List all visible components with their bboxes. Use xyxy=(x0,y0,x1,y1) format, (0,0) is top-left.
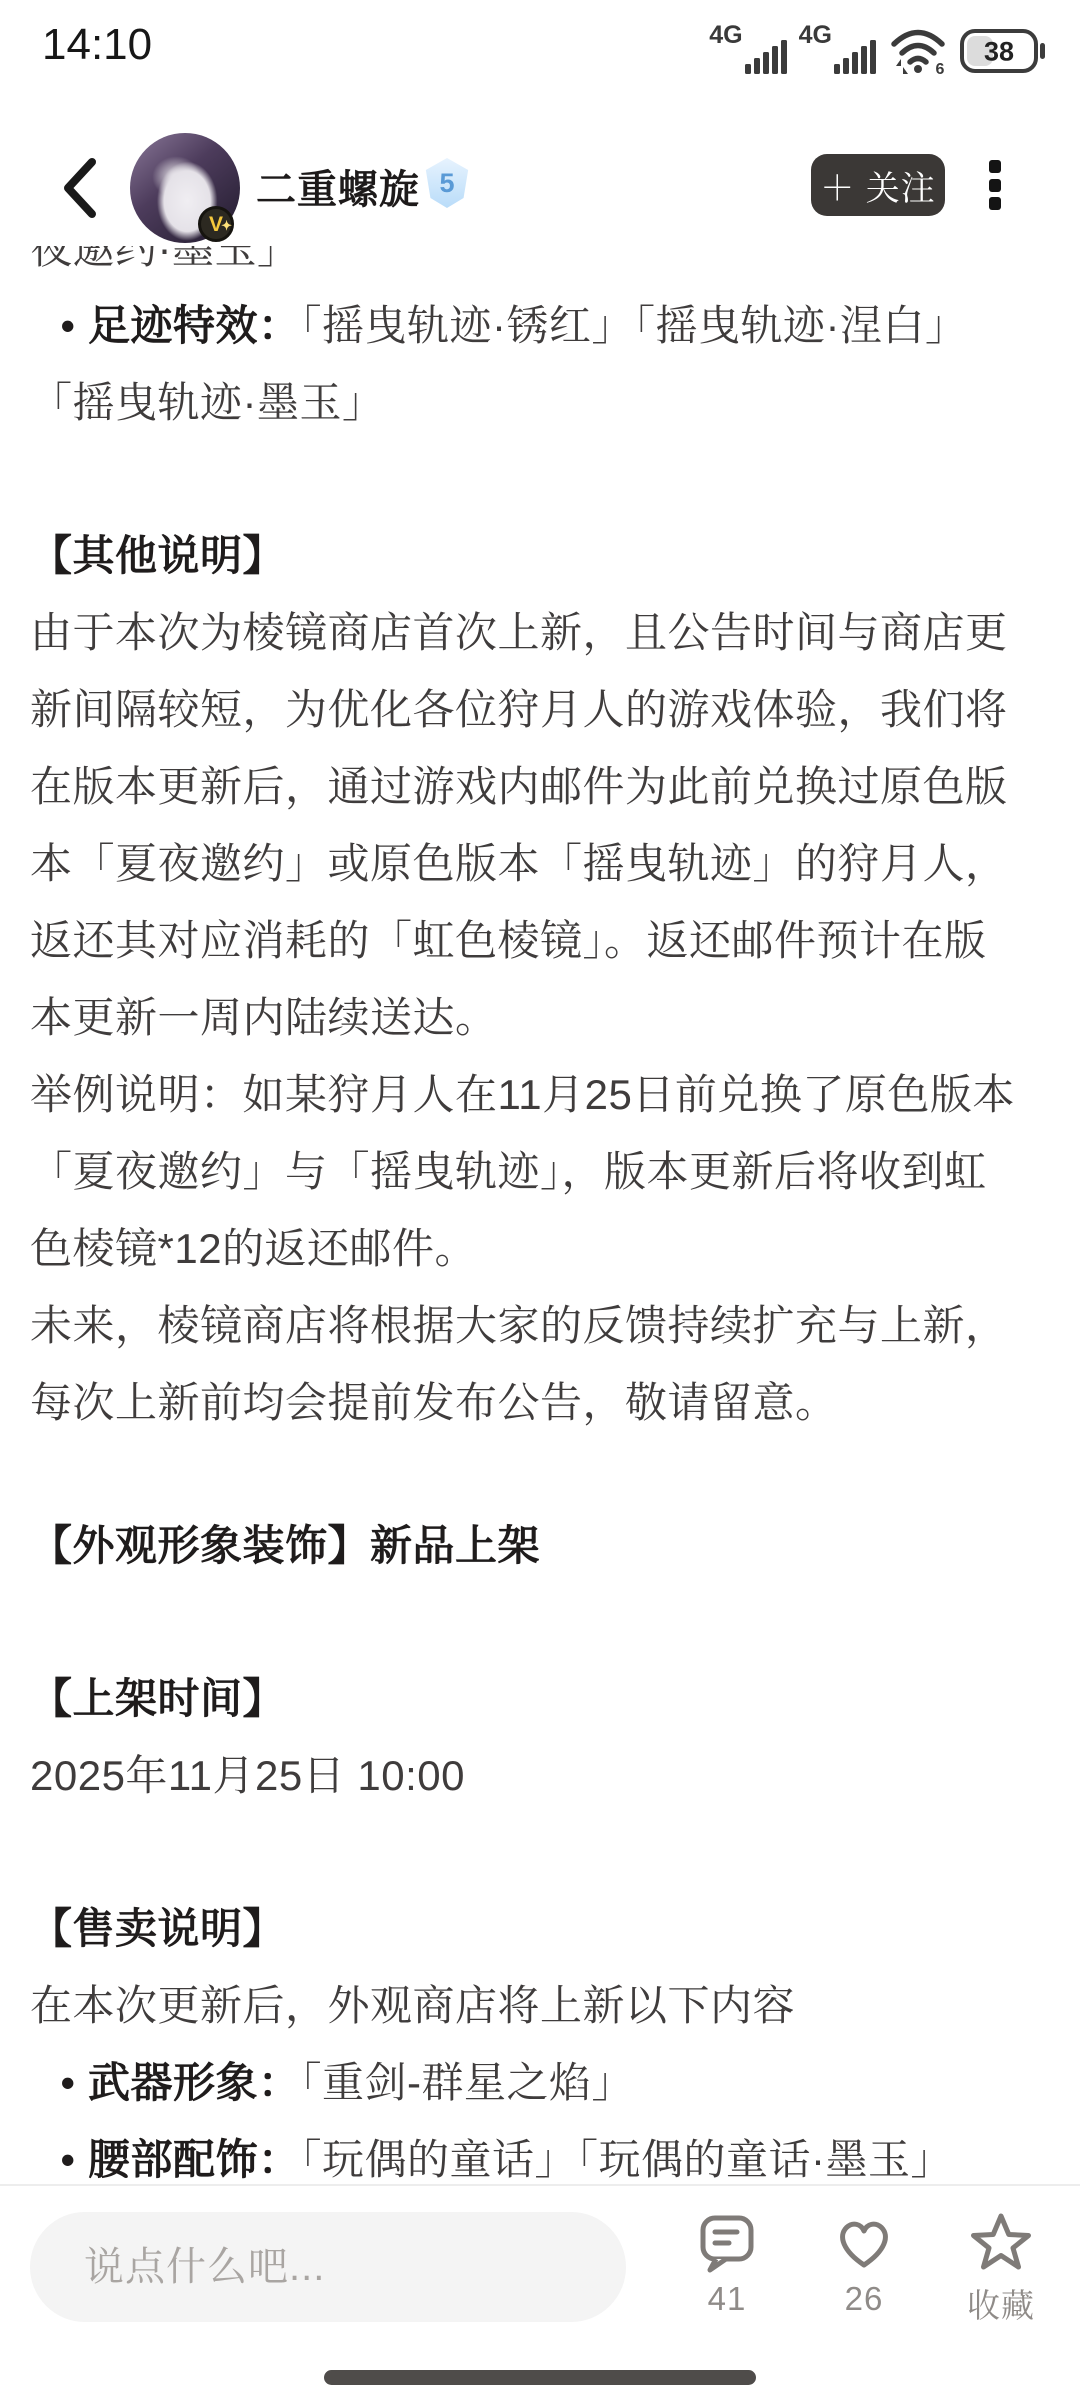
kebab-dot-icon xyxy=(989,197,1001,210)
footprint-bullet-label: 足迹特效： xyxy=(88,302,301,349)
section-heading-appearance: 【外观形象装饰】新品上架 xyxy=(30,1507,1052,1584)
section-heading-sale: 【售卖说明】 xyxy=(30,1890,1052,1967)
weapon-bullet-line: •武器形象：「重剑-群星之焰」 xyxy=(30,2044,1052,2121)
like-button[interactable]: 26 xyxy=(809,2212,919,2327)
bullet-icon: • xyxy=(48,2044,88,2121)
heart-icon xyxy=(833,2212,895,2274)
comment-bubble-icon xyxy=(696,2212,758,2274)
weapon-bullet-label: 武器形象： xyxy=(88,2059,301,2106)
waist-bullet-label: 腰部配饰： xyxy=(88,2136,301,2183)
app-screen: 夜邀约·墨玉」 •足迹特效：「摇曳轨迹·锈红」「摇曳轨迹·涅白」 「摇曳轨迹·墨… xyxy=(0,0,1080,2400)
kebab-dot-icon xyxy=(989,160,1001,173)
like-count: 26 xyxy=(845,2280,884,2318)
level-badge: 5 xyxy=(424,158,470,208)
cellular-signal-2-icon: 4G xyxy=(799,38,876,74)
home-indicator[interactable] xyxy=(324,2370,756,2385)
wifi-icon: 6 xyxy=(888,26,948,74)
footprint-bullet-text: 「摇曳轨迹·锈红」「摇曳轨迹·涅白」 xyxy=(301,302,968,349)
waist-bullet-text: 「玩偶的童话」「玩偶的童话·墨玉」 xyxy=(301,2136,954,2183)
svg-text:6: 6 xyxy=(936,61,945,74)
battery-percent-label: 38 xyxy=(984,37,1014,67)
section-paragraph-other: 由于本次为棱镜商店首次上新，且公告时间与商店更 新间隔较短，为优化各位狩月人的游… xyxy=(30,594,1052,1441)
chevron-left-icon xyxy=(60,156,100,220)
section-heading-time: 【上架时间】 xyxy=(30,1660,1052,1737)
follow-button[interactable]: ＋ 关注 xyxy=(811,154,945,216)
verified-badge-icon: V✦ xyxy=(198,206,234,242)
user-name[interactable]: 二重螺旋 xyxy=(256,158,420,215)
favorite-button[interactable]: 收藏 xyxy=(946,2212,1056,2327)
release-time-value: 2025年11月25日 10:00 xyxy=(30,1737,1052,1814)
top-bar: 14:10 4G 4G xyxy=(0,0,1080,246)
bullet-icon: • xyxy=(48,287,88,364)
kebab-dot-icon xyxy=(989,179,1001,192)
comment-button[interactable]: 41 xyxy=(672,2212,782,2327)
network-type-label: 4G xyxy=(709,21,742,50)
signal-bars-icon xyxy=(834,38,876,74)
network-type-label: 4G xyxy=(799,21,832,50)
article-body: 夜邀约·墨玉」 •足迹特效：「摇曳轨迹·锈红」「摇曳轨迹·涅白」 「摇曳轨迹·墨… xyxy=(30,210,1052,2198)
comment-input[interactable]: 说点什么吧... xyxy=(30,2212,626,2322)
sale-intro-line: 在本次更新后，外观商店将上新以下内容 xyxy=(30,1967,1052,2044)
footprint-bullet-line1: •足迹特效：「摇曳轨迹·锈红」「摇曳轨迹·涅白」 xyxy=(30,287,1052,364)
weapon-bullet-text: 「重剑-群星之焰」 xyxy=(301,2059,635,2106)
action-buttons: 41 26 收藏 xyxy=(672,2212,1056,2327)
cellular-signal-1-icon: 4G xyxy=(709,38,786,74)
section-heading-other: 【其他说明】 xyxy=(30,517,1052,594)
bottom-action-bar: 说点什么吧... 41 26 收 xyxy=(0,2184,1080,2400)
footprint-bullet-line2: 「摇曳轨迹·墨玉」 xyxy=(30,364,1052,441)
clock-label: 14:10 xyxy=(42,20,152,70)
more-options-button[interactable] xyxy=(989,160,1003,210)
status-icons: 4G 4G xyxy=(709,18,1046,74)
sparkle-icon: ✦ xyxy=(221,210,232,241)
favorite-label: 收藏 xyxy=(967,2280,1035,2327)
star-icon xyxy=(970,2212,1032,2274)
battery-icon: 38 xyxy=(960,28,1046,74)
status-bar: 14:10 4G 4G xyxy=(0,0,1080,90)
signal-bars-icon xyxy=(745,38,787,74)
back-button[interactable] xyxy=(60,156,100,220)
comment-count: 41 xyxy=(708,2280,747,2318)
